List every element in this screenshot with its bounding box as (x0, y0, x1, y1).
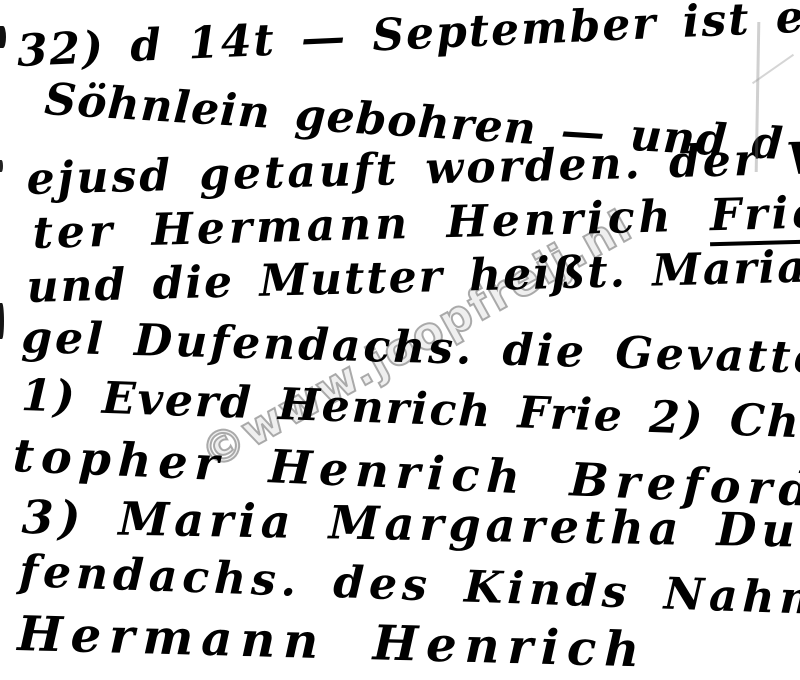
scan-artifact-left-top (0, 26, 6, 48)
scan-artifact-left-lower (0, 303, 4, 339)
scanned-register-page: 32) d 14t — September ist ein Söhnlein g… (0, 0, 800, 680)
underlined-surname-frie: Frie (709, 187, 800, 246)
handwriting-line-11: Hermann Henrich (17, 610, 648, 674)
handwriting-line-9: 3) Maria Margaretha Du- (21, 494, 800, 554)
scan-artifact-left-middle (0, 160, 3, 172)
handwriting-line-1: 32) d 14t — September ist ein (16, 0, 800, 74)
